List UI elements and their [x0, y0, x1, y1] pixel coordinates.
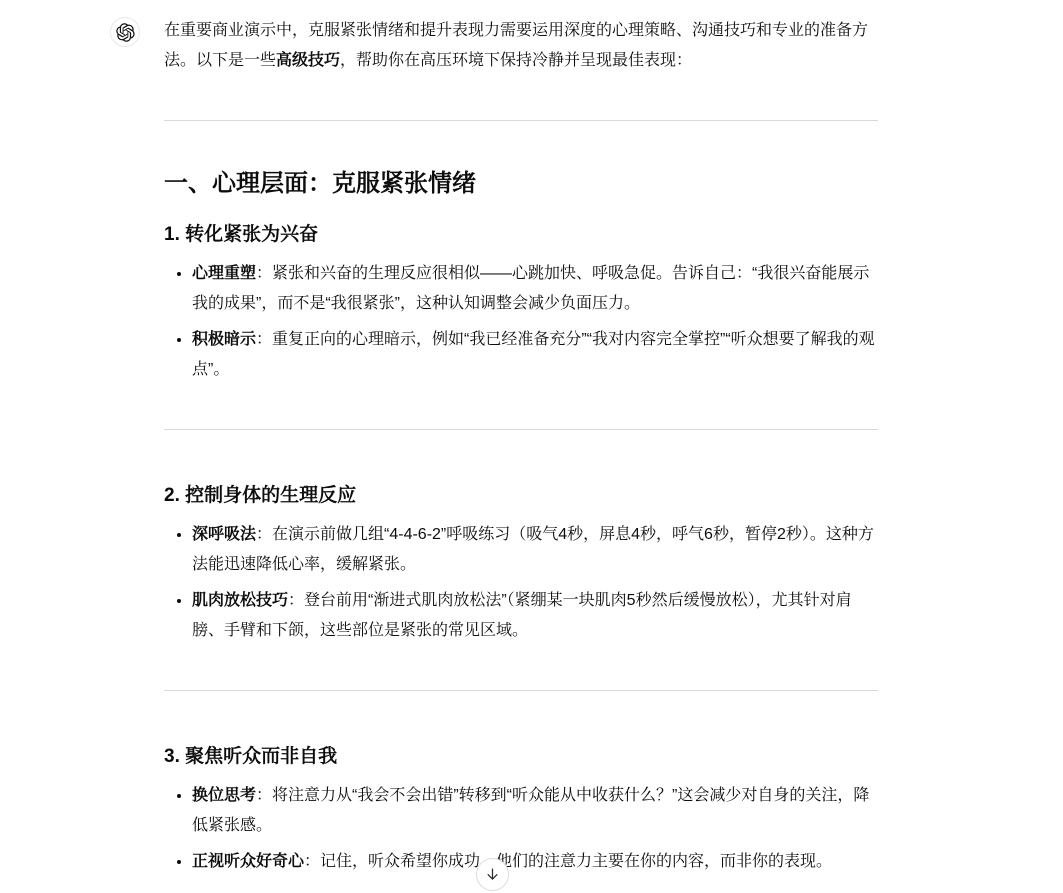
section-1-heading: 一、心理层面：克服紧张情绪	[164, 167, 878, 201]
section-divider	[164, 120, 878, 121]
section-divider	[164, 429, 878, 430]
term-bold: 心理重塑	[192, 265, 256, 282]
intro-paragraph: 在重要商业演示中，克服紧张情绪和提升表现力需要运用深度的心理策略、沟通技巧和专业…	[164, 16, 878, 76]
item-text: ：紧张和兴奋的生理反应很相似——心跳加快、呼吸急促。告诉自己：“我很兴奋能展示我…	[192, 265, 869, 312]
openai-logo-icon	[116, 23, 135, 42]
item-text: ：记住，听众希望你成功，他们的注意力主要在你的内容，而非你的表现。	[304, 853, 832, 870]
intro-text-bold: 高级技巧	[276, 52, 340, 69]
item-text: ：登台前用“渐进式肌肉放松法”（紧绷某一块肌肉5秒然后缓慢放松），尤其针对肩膀、…	[192, 592, 852, 639]
section-3-subheading: 3. 聚焦听众而非自我	[164, 743, 878, 771]
list-item: 积极暗示：重复正向的心理暗示，例如“我已经准备充分”“我对内容完全掌控”“听众想…	[192, 325, 878, 385]
section-1-subheading: 1. 转化紧张为兴奋	[164, 221, 878, 249]
bullet-list: 深呼吸法：在演示前做几组“4-4-6-2”呼吸练习（吸气4秒，屏息4秒，呼气6秒…	[164, 520, 878, 646]
list-item: 心理重塑：紧张和兴奋的生理反应很相似——心跳加快、呼吸急促。告诉自己：“我很兴奋…	[192, 259, 878, 319]
bullet-list: 心理重塑：紧张和兴奋的生理反应很相似——心跳加快、呼吸急促。告诉自己：“我很兴奋…	[164, 259, 878, 385]
intro-text-post: ，帮助你在高压环境下保持冷静并呈现最佳表现：	[340, 52, 692, 69]
list-item: 换位思考：将注意力从“我会不会出错”转移到“听众能从中收获什么？”这会减少对自身…	[192, 781, 878, 841]
assistant-avatar	[110, 17, 140, 47]
list-item: 肌肉放松技巧：登台前用“渐进式肌肉放松法”（紧绷某一块肌肉5秒然后缓慢放松），尤…	[192, 586, 878, 646]
item-text: ：重复正向的心理暗示，例如“我已经准备充分”“我对内容完全掌控”“听众想要了解我…	[192, 331, 875, 378]
item-text: ：将注意力从“我会不会出错”转移到“听众能从中收获什么？”这会减少对自身的关注，…	[192, 787, 869, 834]
term-bold: 换位思考	[192, 787, 256, 804]
term-bold: 肌肉放松技巧	[192, 592, 288, 609]
scroll-to-bottom-button[interactable]	[476, 858, 509, 891]
term-bold: 正视听众好奇心	[192, 853, 304, 870]
assistant-message: 在重要商业演示中，克服紧张情绪和提升表现力需要运用深度的心理策略、沟通技巧和专业…	[164, 0, 878, 877]
chat-thread: 在重要商业演示中，克服紧张情绪和提升表现力需要运用深度的心理策略、沟通技巧和专业…	[0, 0, 1063, 893]
arrow-down-icon	[484, 866, 501, 883]
section-2-subheading: 2. 控制身体的生理反应	[164, 482, 878, 510]
section-divider	[164, 690, 878, 691]
term-bold: 积极暗示	[192, 331, 256, 348]
item-text: ：在演示前做几组“4-4-6-2”呼吸练习（吸气4秒，屏息4秒，呼气6秒，暂停2…	[192, 526, 874, 573]
list-item: 正视听众好奇心：记住，听众希望你成功，他们的注意力主要在你的内容，而非你的表现。	[192, 847, 878, 877]
term-bold: 深呼吸法	[192, 526, 256, 543]
list-item: 深呼吸法：在演示前做几组“4-4-6-2”呼吸练习（吸气4秒，屏息4秒，呼气6秒…	[192, 520, 878, 580]
bullet-list: 换位思考：将注意力从“我会不会出错”转移到“听众能从中收获什么？”这会减少对自身…	[164, 781, 878, 877]
